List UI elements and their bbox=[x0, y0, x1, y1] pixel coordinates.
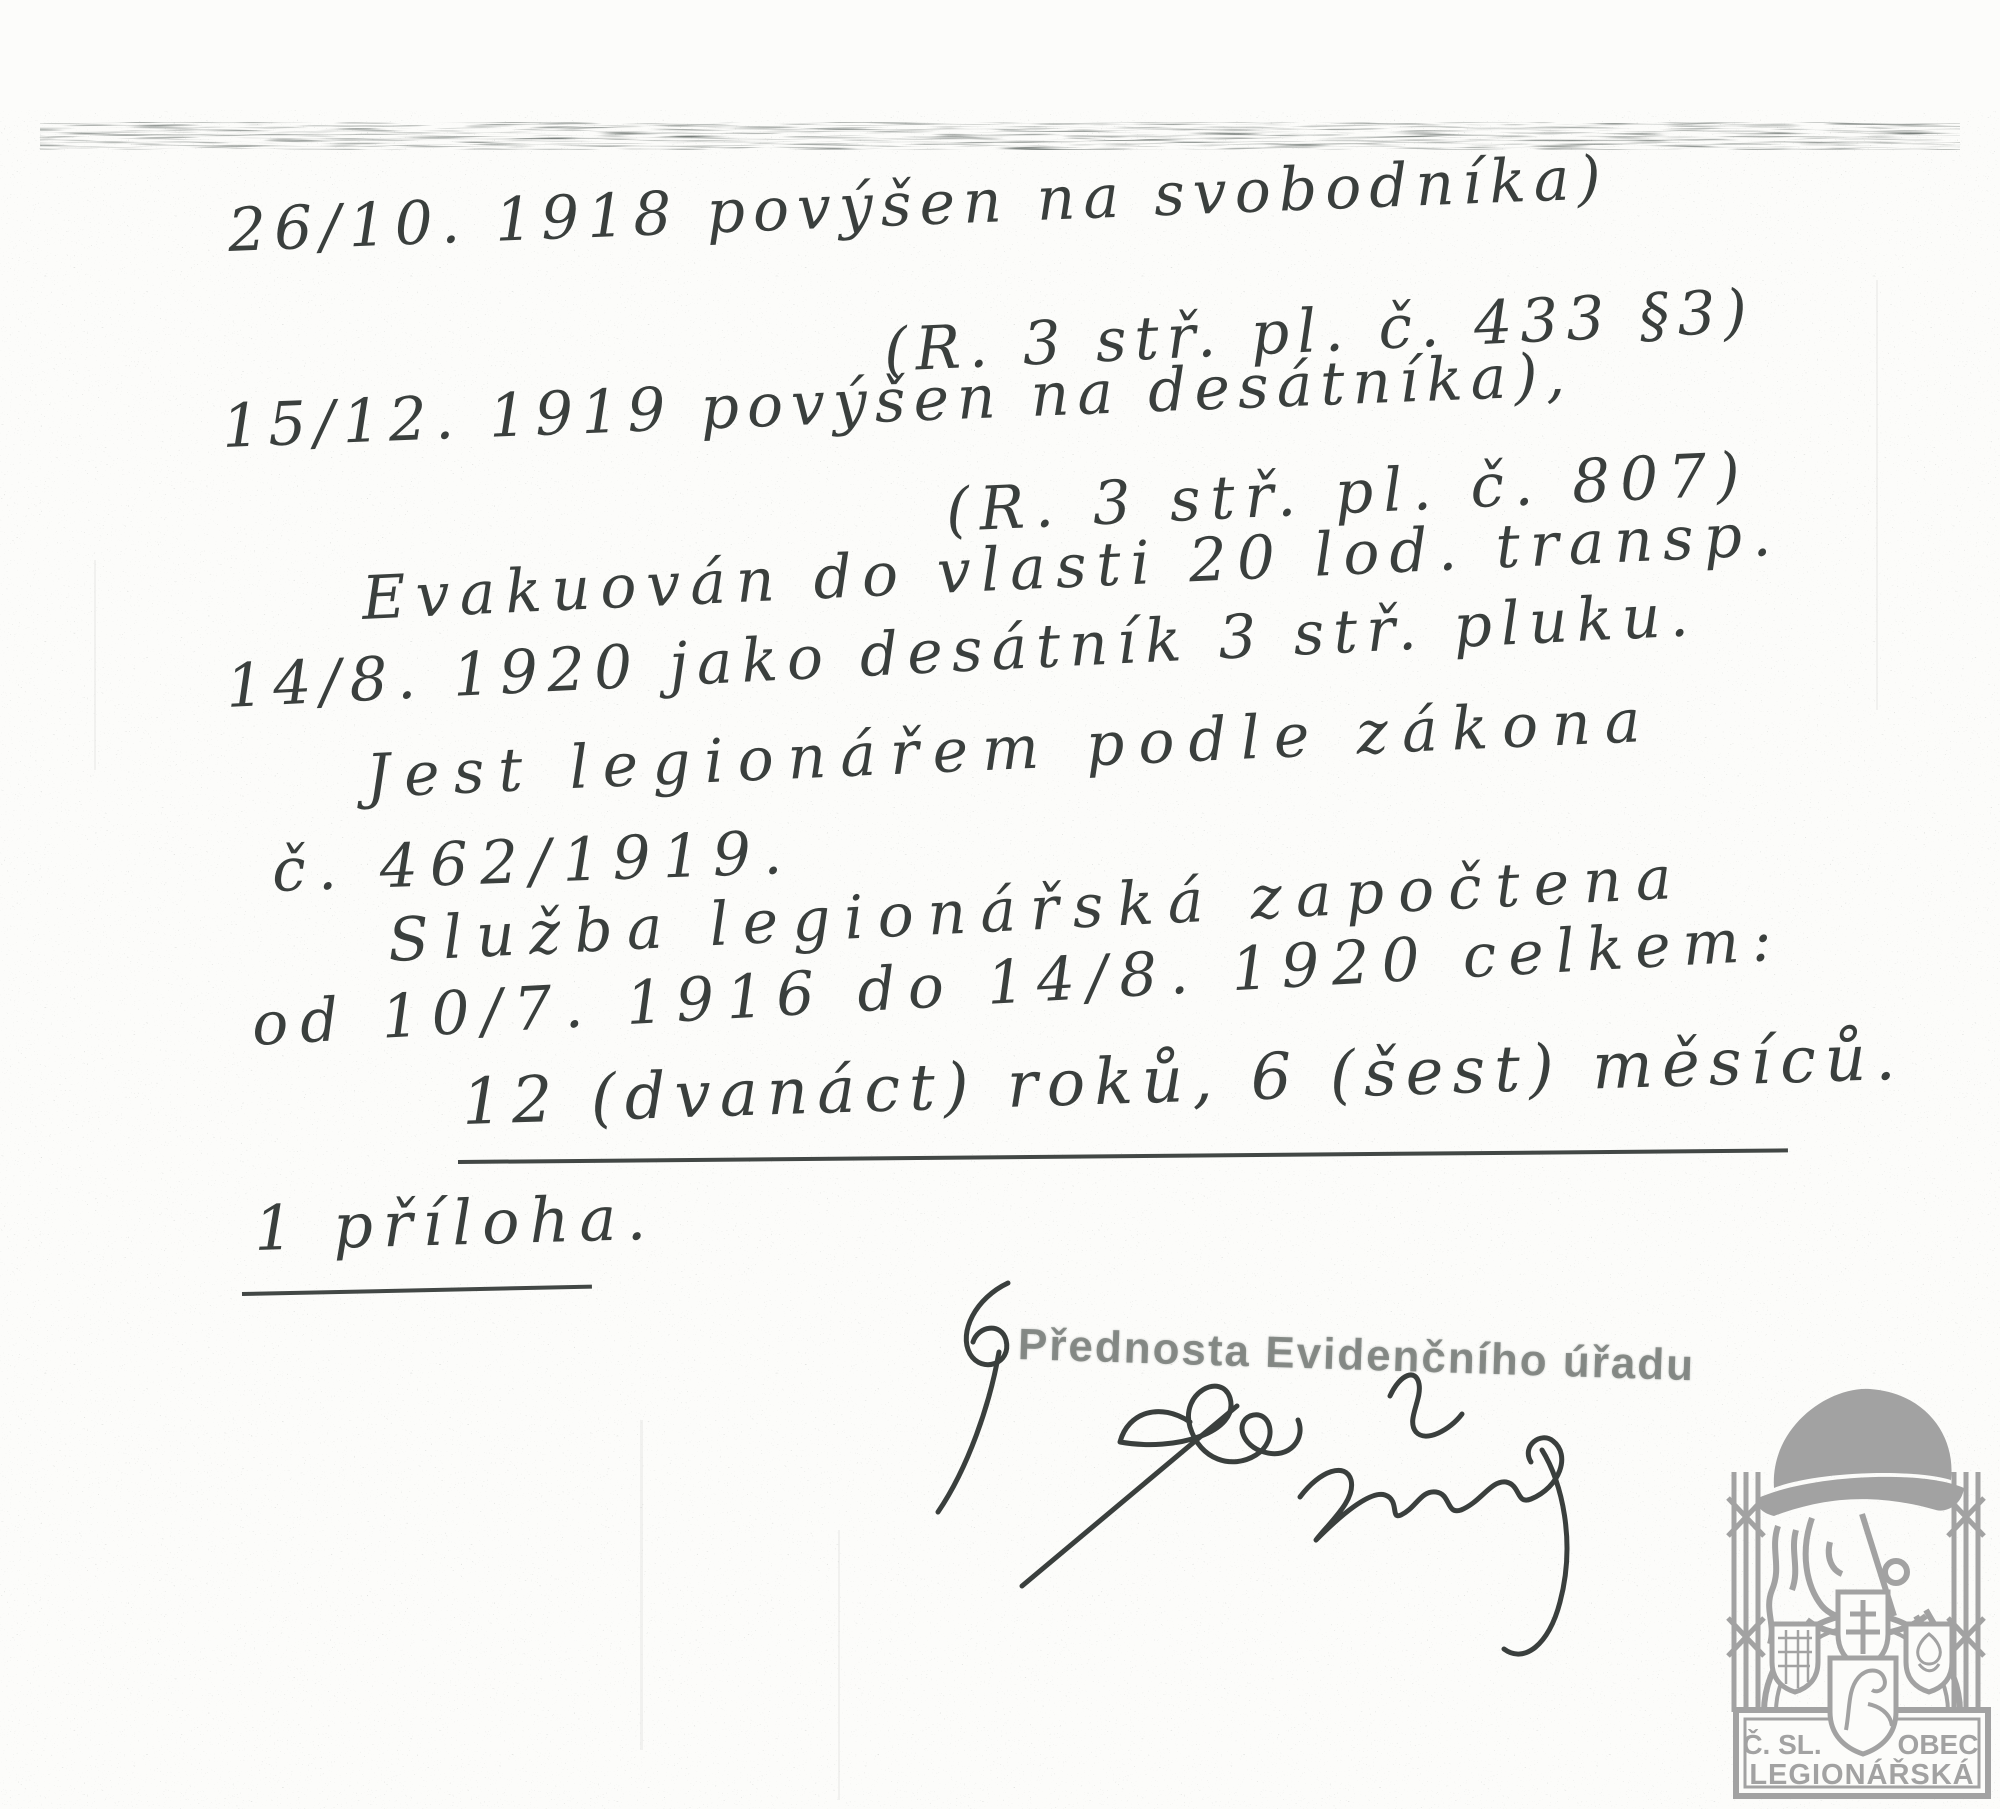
logo-text-obec: OBEC bbox=[1898, 1729, 1979, 1760]
soldier-helmet-icon bbox=[1758, 1389, 1964, 1656]
scan-streak bbox=[1876, 280, 1878, 710]
signature-handwriting bbox=[900, 1255, 1580, 1705]
scan-streak bbox=[94, 560, 96, 770]
underline bbox=[242, 1285, 592, 1296]
handwritten-enclosure-line: 1 příloha. bbox=[253, 1181, 657, 1265]
logo-text-legionarska: LEGIONÁŘSKÁ bbox=[1749, 1757, 1974, 1791]
bohemian-lion-shield-icon bbox=[1830, 1658, 1896, 1754]
logo-text-csl: Č. SL. bbox=[1742, 1728, 1821, 1760]
right-column-ornament-icon bbox=[1948, 1472, 1984, 1712]
legion-emblem-logo: Č. SL. OBEC LEGIONÁŘSKÁ bbox=[1712, 1380, 2000, 1809]
scan-streak bbox=[640, 1420, 643, 1750]
silesian-eagle-shield-icon bbox=[1906, 1624, 1952, 1692]
handwritten-line: 26/10. 1918 povýšen na svobodníka) bbox=[227, 143, 1610, 266]
scanned-document-page: 26/10. 1918 povýšen na svobodníka) (R. 3… bbox=[0, 0, 2000, 1809]
left-column-ornament-icon bbox=[1728, 1472, 1764, 1712]
signature-strokes bbox=[1022, 1375, 1567, 1654]
slovak-cross-shield-icon bbox=[1838, 1592, 1888, 1668]
moravian-shield-icon bbox=[1772, 1624, 1818, 1692]
coat-of-arms-shields-icon bbox=[1772, 1592, 1952, 1754]
scan-streak bbox=[838, 1530, 840, 1800]
handwritten-total-line: 12 (dvanáct) roků, 6 (šest) měsíců. bbox=[461, 1021, 1906, 1140]
signature-flourish bbox=[938, 1283, 1008, 1512]
logo-name-band: Č. SL. OBEC LEGIONÁŘSKÁ bbox=[1736, 1710, 1988, 1796]
underline bbox=[458, 1148, 1788, 1164]
office-stamp-text: Přednosta Evidenčního úřadu bbox=[1017, 1320, 1696, 1391]
arch-ornament-icon bbox=[1764, 1614, 1960, 1712]
